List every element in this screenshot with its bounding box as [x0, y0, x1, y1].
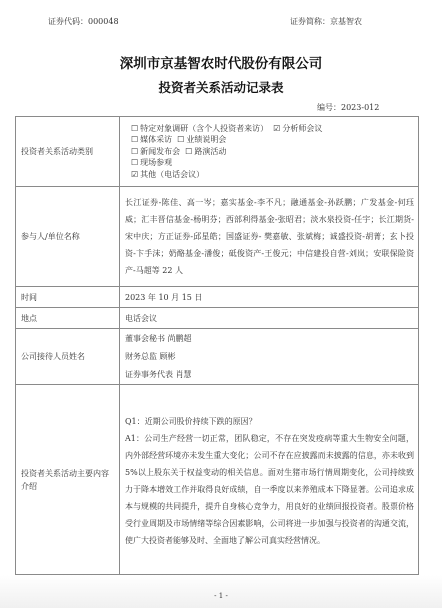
category-options: ☐特定对象调研（含个人投资者来访）☑分析师会议☐媒体采访☐业绩说明会☐新闻发布会…	[120, 117, 419, 187]
stock-abbr-value: 京基智农	[330, 17, 362, 26]
category-label: 投资者关系活动类别	[16, 117, 120, 187]
participants-value: 长江证券-陈佳、高一岑；嘉实基金-李不凡；融通基金-孙跃鹏；广发基金-何珏威；汇…	[120, 187, 419, 287]
row-activity-content: 投资者关系活动主要内容介绍 Q1：近期公司股价持续下跌的原因？ A1：公司生产经…	[16, 385, 419, 575]
stock-code: 证券代码：000048	[48, 16, 119, 27]
category-option-label: 媒体采访	[140, 135, 172, 144]
staff-name: 尚鹏超	[168, 334, 192, 343]
category-line: ☐媒体采访☐业绩说明会	[131, 134, 414, 146]
category-option[interactable]: ☐新闻发布会	[131, 147, 180, 156]
location-value: 电话会议	[120, 308, 419, 329]
serial-label: 编号：	[317, 103, 341, 112]
category-option-label: 新闻发布会	[140, 147, 180, 156]
category-option[interactable]: ☑分析师会议	[273, 124, 322, 133]
staff-member: 证券事务代表 肖慧	[125, 366, 414, 384]
time-value: 2023 年 10 月 15 日	[120, 287, 419, 308]
unchecked-box-icon[interactable]: ☐	[131, 123, 138, 135]
serial-number: 编号：2023-012	[317, 102, 379, 113]
staff-title: 财务总监	[125, 352, 157, 361]
question-1: Q1：近期公司股价持续下跌的原因？	[125, 413, 414, 430]
page-number: - 1 -	[0, 592, 442, 600]
participants-text: 长江证券-陈佳、高一岑；嘉实基金-李不凡；融通基金-孙跃鹏；广发基金-何珏威；汇…	[125, 194, 414, 279]
staff-title: 董事会秘书	[125, 334, 165, 343]
time-label: 时间	[16, 287, 120, 308]
location-label: 地点	[16, 308, 120, 329]
record-table: 投资者关系活动类别 ☐特定对象调研（含个人投资者来访）☑分析师会议☐媒体采访☐业…	[15, 116, 419, 575]
unchecked-box-icon[interactable]: ☐	[131, 146, 138, 158]
category-option[interactable]: ☑其他（电话会议）	[131, 170, 204, 179]
category-option[interactable]: ☐媒体采访	[131, 135, 172, 144]
category-option-label: 路演活动	[194, 147, 226, 156]
staff-member: 董事会秘书 尚鹏超	[125, 330, 414, 348]
row-reception-staff: 公司接待人员姓名 董事会秘书 尚鹏超 财务总监 顾彬 证券事务代表 肖慧	[16, 329, 419, 385]
serial-value: 2023-012	[341, 103, 379, 112]
document-title: 投资者关系活动记录表	[0, 78, 442, 96]
unchecked-box-icon[interactable]: ☐	[177, 134, 184, 146]
category-option[interactable]: ☐业绩说明会	[177, 135, 226, 144]
unchecked-box-icon[interactable]: ☐	[131, 157, 138, 169]
row-location: 地点 电话会议	[16, 308, 419, 329]
staff-label: 公司接待人员姓名	[16, 329, 120, 385]
category-option-label: 业绩说明会	[186, 135, 226, 144]
stock-abbr-label: 证券简称：	[290, 17, 330, 26]
staff-name: 肖慧	[176, 370, 192, 379]
content-label: 投资者关系活动主要内容介绍	[16, 385, 120, 575]
row-time: 时间 2023 年 10 月 15 日	[16, 287, 419, 308]
content-value: Q1：近期公司股价持续下跌的原因？ A1：公司生产经营一切正常，团队稳定，不存在…	[120, 385, 419, 575]
staff-member: 财务总监 顾彬	[125, 348, 414, 366]
category-line: ☐新闻发布会☐路演活动	[131, 146, 414, 158]
stock-abbr: 证券简称：京基智农	[290, 16, 362, 27]
category-option[interactable]: ☐路演活动	[185, 147, 226, 156]
company-title: 深圳市京基智农时代股份有限公司	[0, 52, 442, 72]
row-activity-category: 投资者关系活动类别 ☐特定对象调研（含个人投资者来访）☑分析师会议☐媒体采访☐业…	[16, 117, 419, 187]
staff-name: 顾彬	[160, 352, 176, 361]
category-option[interactable]: ☐现场参观	[131, 158, 172, 167]
participants-label: 参与人/单位名称	[16, 187, 120, 287]
category-line: ☐现场参观	[131, 157, 414, 169]
category-option-label: 其他（电话会议）	[140, 170, 204, 179]
checked-box-icon[interactable]: ☑	[273, 123, 280, 135]
category-line: ☐特定对象调研（含个人投资者来访）☑分析师会议	[131, 123, 414, 135]
stock-code-value: 000048	[88, 17, 119, 26]
row-participants: 参与人/单位名称 长江证券-陈佳、高一岑；嘉实基金-李不凡；融通基金-孙跃鹏；广…	[16, 187, 419, 287]
unchecked-box-icon[interactable]: ☐	[131, 134, 138, 146]
category-option-label: 分析师会议	[282, 124, 322, 133]
category-line: ☑其他（电话会议）	[131, 169, 414, 181]
category-option-label: 现场参观	[140, 158, 172, 167]
stock-code-label: 证券代码：	[48, 17, 88, 26]
staff-value: 董事会秘书 尚鹏超 财务总监 顾彬 证券事务代表 肖慧	[120, 329, 419, 385]
staff-title: 证券事务代表	[125, 370, 173, 379]
category-option[interactable]: ☐特定对象调研（含个人投资者来访）	[131, 124, 268, 133]
category-checkbox-list: ☐特定对象调研（含个人投资者来访）☑分析师会议☐媒体采访☐业绩说明会☐新闻发布会…	[125, 123, 414, 181]
checked-box-icon[interactable]: ☑	[131, 169, 138, 181]
category-option-label: 特定对象调研（含个人投资者来访）	[140, 124, 268, 133]
unchecked-box-icon[interactable]: ☐	[185, 146, 192, 158]
answer-1: A1：公司生产经营一切正常，团队稳定，不存在突发疫病等重大生物安全问题，内外部经…	[125, 430, 414, 549]
